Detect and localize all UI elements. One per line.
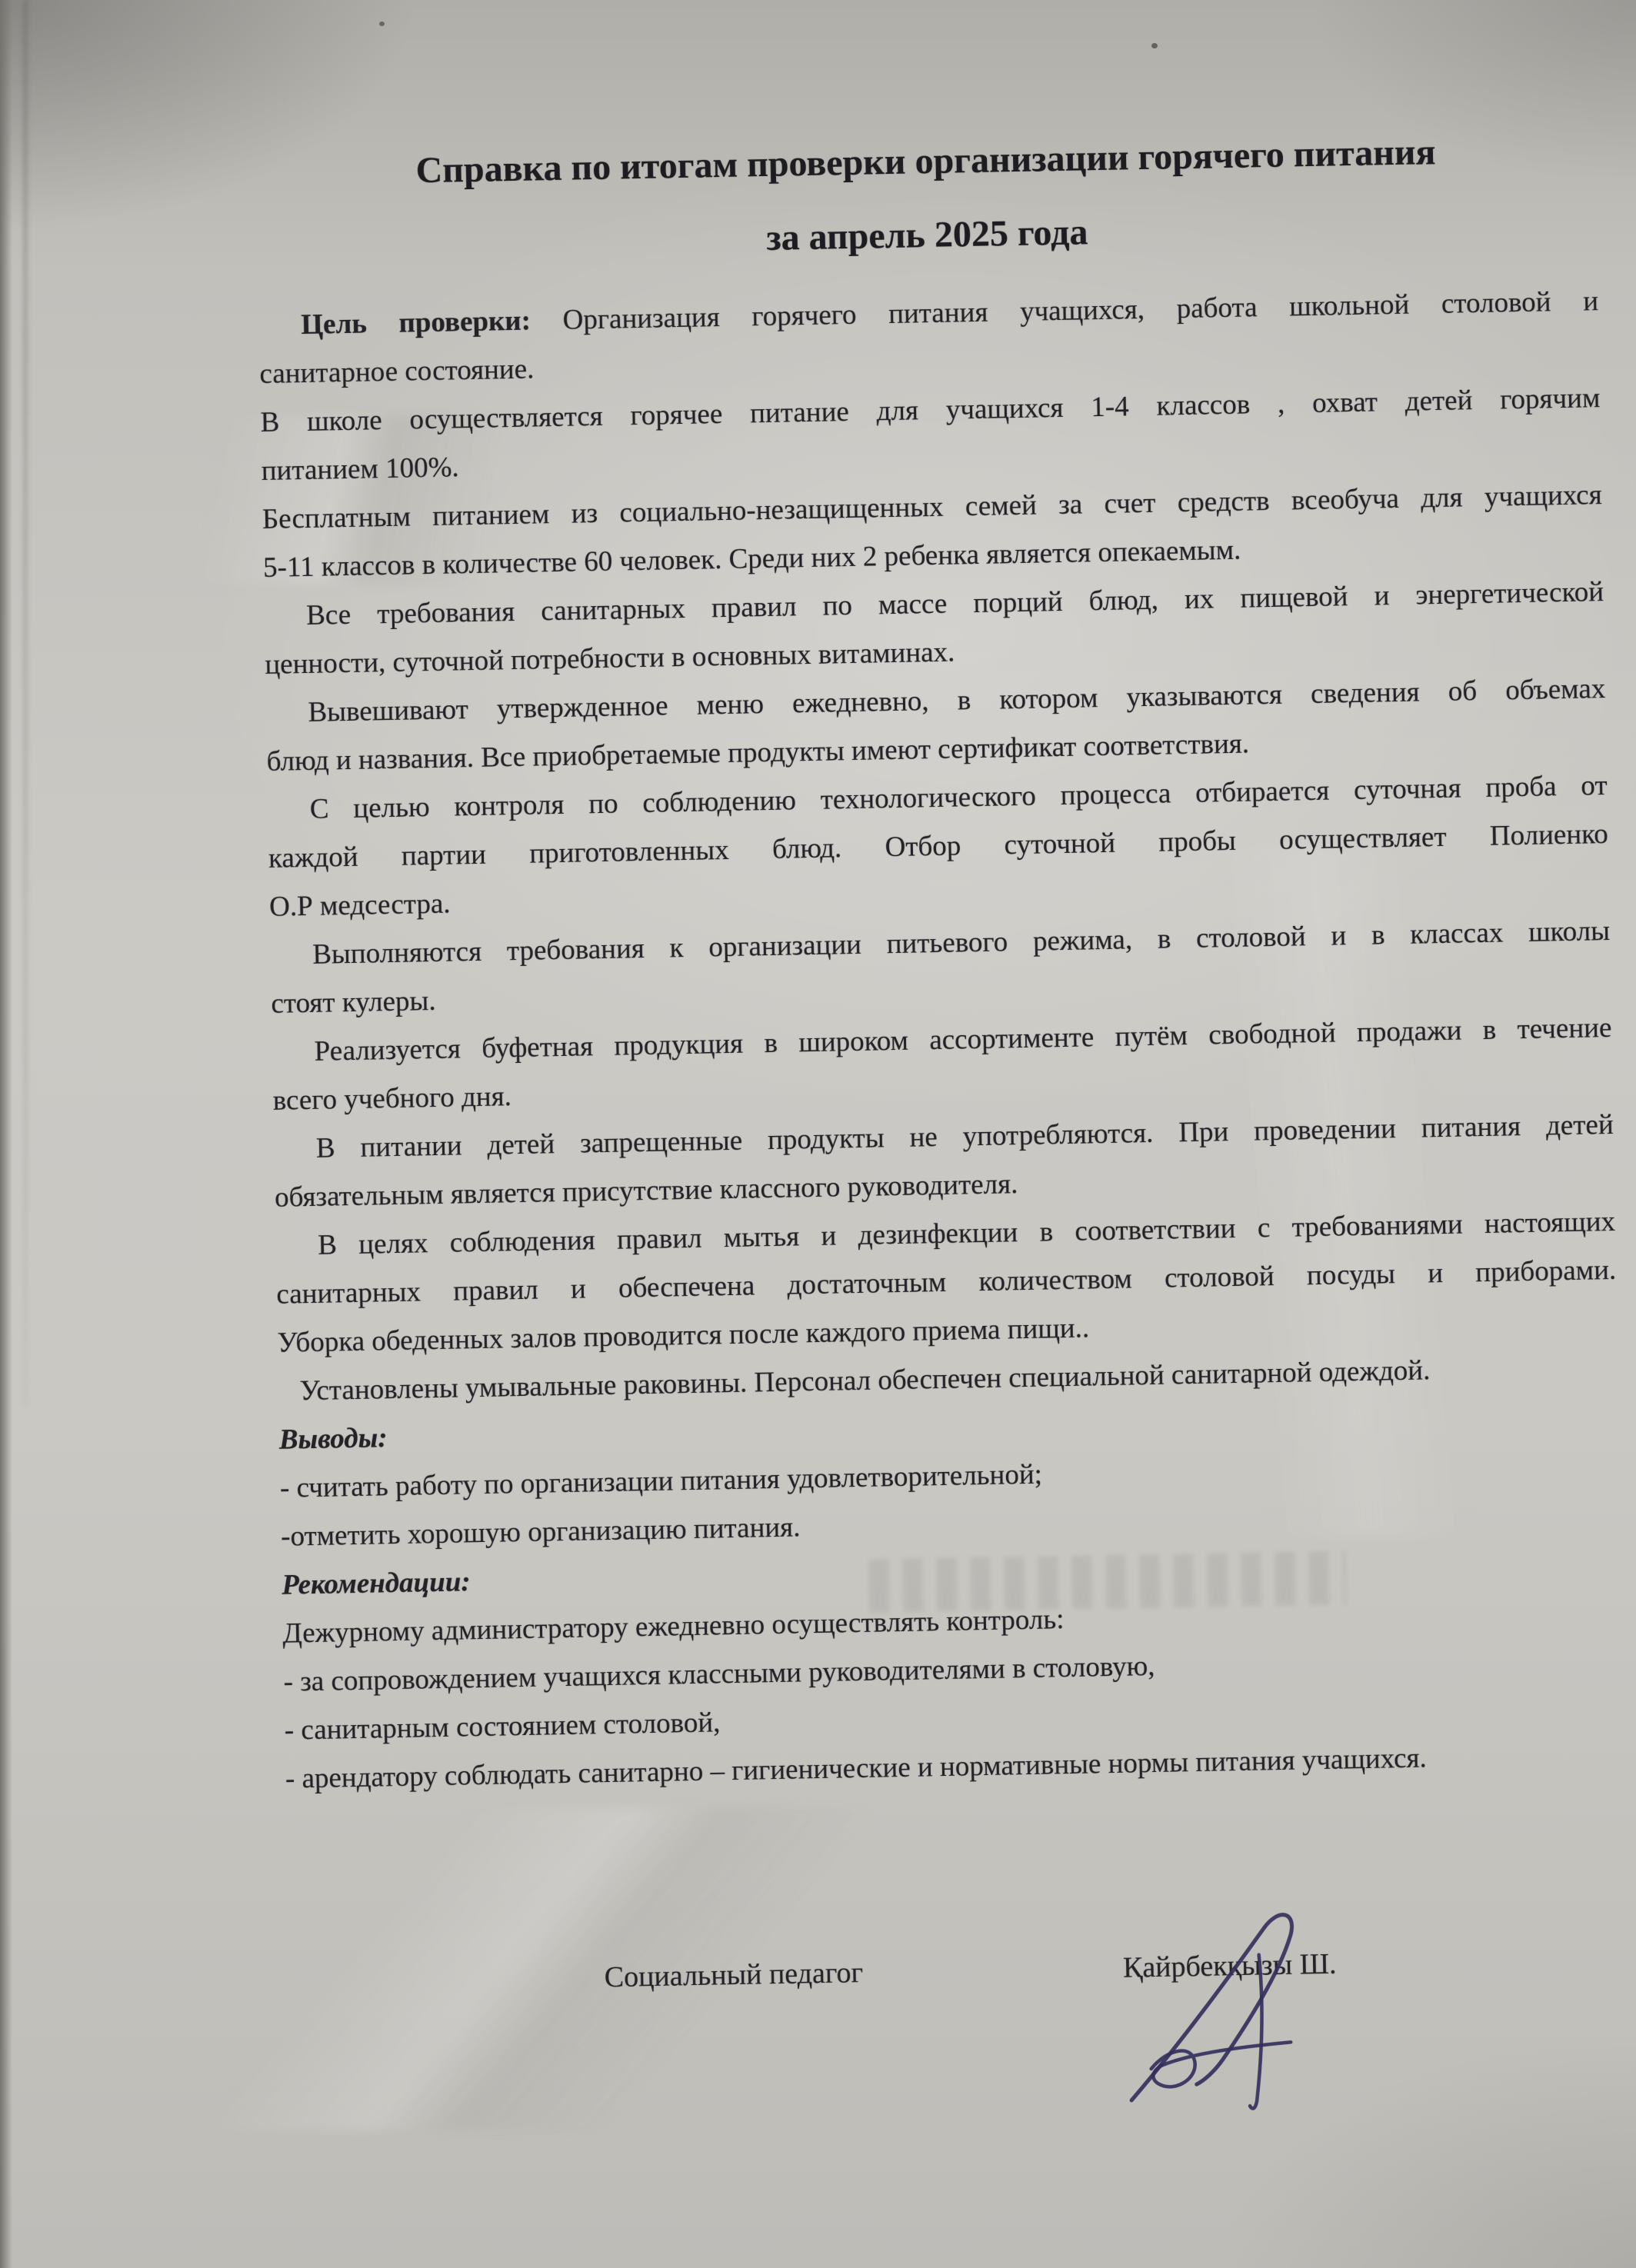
document-content: Справка по итогам проверки организации г…	[255, 112, 1629, 2000]
dust-speck	[379, 22, 385, 26]
paper-edge-shadow	[0, 0, 12, 2268]
document-body: Цель проверки: Организация горячего пита…	[258, 277, 1625, 1803]
signature-role-label: Социальный педагог	[604, 1956, 863, 1994]
scanned-document-photo: Справка по итогам проверки организации г…	[0, 0, 1636, 2268]
paragraph-lead-bold: Цель проверки:	[301, 305, 531, 341]
signature-ink	[1105, 1900, 1373, 2121]
document-title: Справка по итогам проверки организации г…	[255, 112, 1598, 285]
signature-row: Социальный педагог Қайрбекқызы Ш.	[288, 1942, 1629, 2000]
dust-speck	[1151, 43, 1158, 48]
paper-fold-line	[23, 0, 28, 1406]
